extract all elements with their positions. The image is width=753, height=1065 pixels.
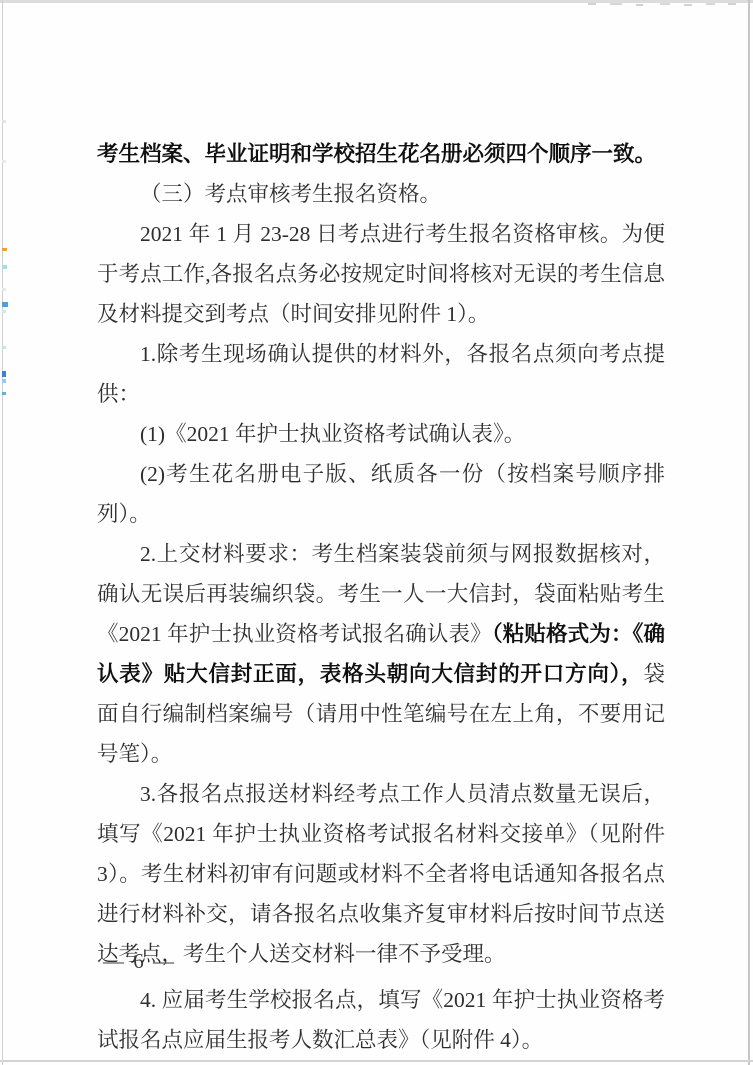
body-text: 1.除考生现场确认提供的材料外，各报名点须向考点提供： <box>97 342 665 406</box>
scan-edge-top <box>0 0 753 3</box>
scan-speck <box>2 392 6 395</box>
scan-speck <box>660 3 670 5</box>
emphasis-text: 考生档案、毕业证明和学校招生花名册必须四个顺序一致。 <box>97 142 656 166</box>
scan-speck <box>706 3 715 5</box>
scan-edge-bottom <box>0 1060 753 1062</box>
scan-speck <box>2 310 6 313</box>
scanned-document-page: 考生档案、毕业证明和学校招生花名册必须四个顺序一致。（三）考点审核考生报名资格。… <box>0 0 753 1065</box>
body-text: (2)考生花名册电子版、纸质各一份（按档案号顺序排列）。 <box>97 462 665 526</box>
scan-speck <box>2 379 6 383</box>
body-text: 2021 年 1 月 23-28 日考点进行考生报名资格审核。为便于考点工作,各… <box>97 222 665 326</box>
scan-speck <box>2 302 8 307</box>
body-text: 3.各报名点报送材料经考点工作人员清点数量无误后，填写《2021 年护士执业资格… <box>97 782 665 966</box>
document-body: 考生档案、毕业证明和学校招生花名册必须四个顺序一致。（三）考点审核考生报名资格。… <box>97 134 665 1060</box>
scan-speck <box>728 3 736 5</box>
paragraph: 4. 应届考生学校报名点，填写《2021 年护士执业资格考试报名点应届生报考人数… <box>97 980 665 1060</box>
scan-speck <box>2 288 6 291</box>
scan-speck <box>2 160 6 163</box>
body-text: （三）考点审核考生报名资格。 <box>140 182 441 206</box>
paragraph: （三）考点审核考生报名资格。 <box>97 174 665 214</box>
paragraph: 3.各报名点报送材料经考点工作人员清点数量无误后，填写《2021 年护士执业资格… <box>97 774 665 974</box>
paragraph: 2.上交材料要求：考生档案装袋前须与网报数据核对，确认无误后再装编织袋。考生一人… <box>97 534 665 774</box>
scan-speck <box>2 265 7 269</box>
scan-speck <box>2 371 6 377</box>
scan-speck <box>610 3 622 5</box>
scan-speck <box>636 4 643 6</box>
scan-speck <box>684 4 692 6</box>
body-text: (1)《2021 年护士执业资格考试确认表》。 <box>140 422 525 446</box>
scan-speck <box>2 120 6 123</box>
scan-edge-right <box>748 0 750 1065</box>
paragraph: (2)考生花名册电子版、纸质各一份（按档案号顺序排列）。 <box>97 454 665 534</box>
paragraph: 考生档案、毕业证明和学校招生花名册必须四个顺序一致。 <box>97 134 665 174</box>
paragraph: 2021 年 1 月 23-28 日考点进行考生报名资格审核。为便于考点工作,各… <box>97 214 665 334</box>
page-number: — 6 — <box>103 946 176 976</box>
paragraph: 1.除考生现场确认提供的材料外，各报名点须向考点提供： <box>97 334 665 414</box>
scan-speck <box>588 3 596 5</box>
paragraph: (1)《2021 年护士执业资格考试确认表》。 <box>97 414 665 454</box>
scan-speck <box>2 346 6 349</box>
scan-speck <box>2 248 7 251</box>
body-text: 4. 应届考生学校报名点，填写《2021 年护士执业资格考试报名点应届生报考人数… <box>97 988 665 1052</box>
